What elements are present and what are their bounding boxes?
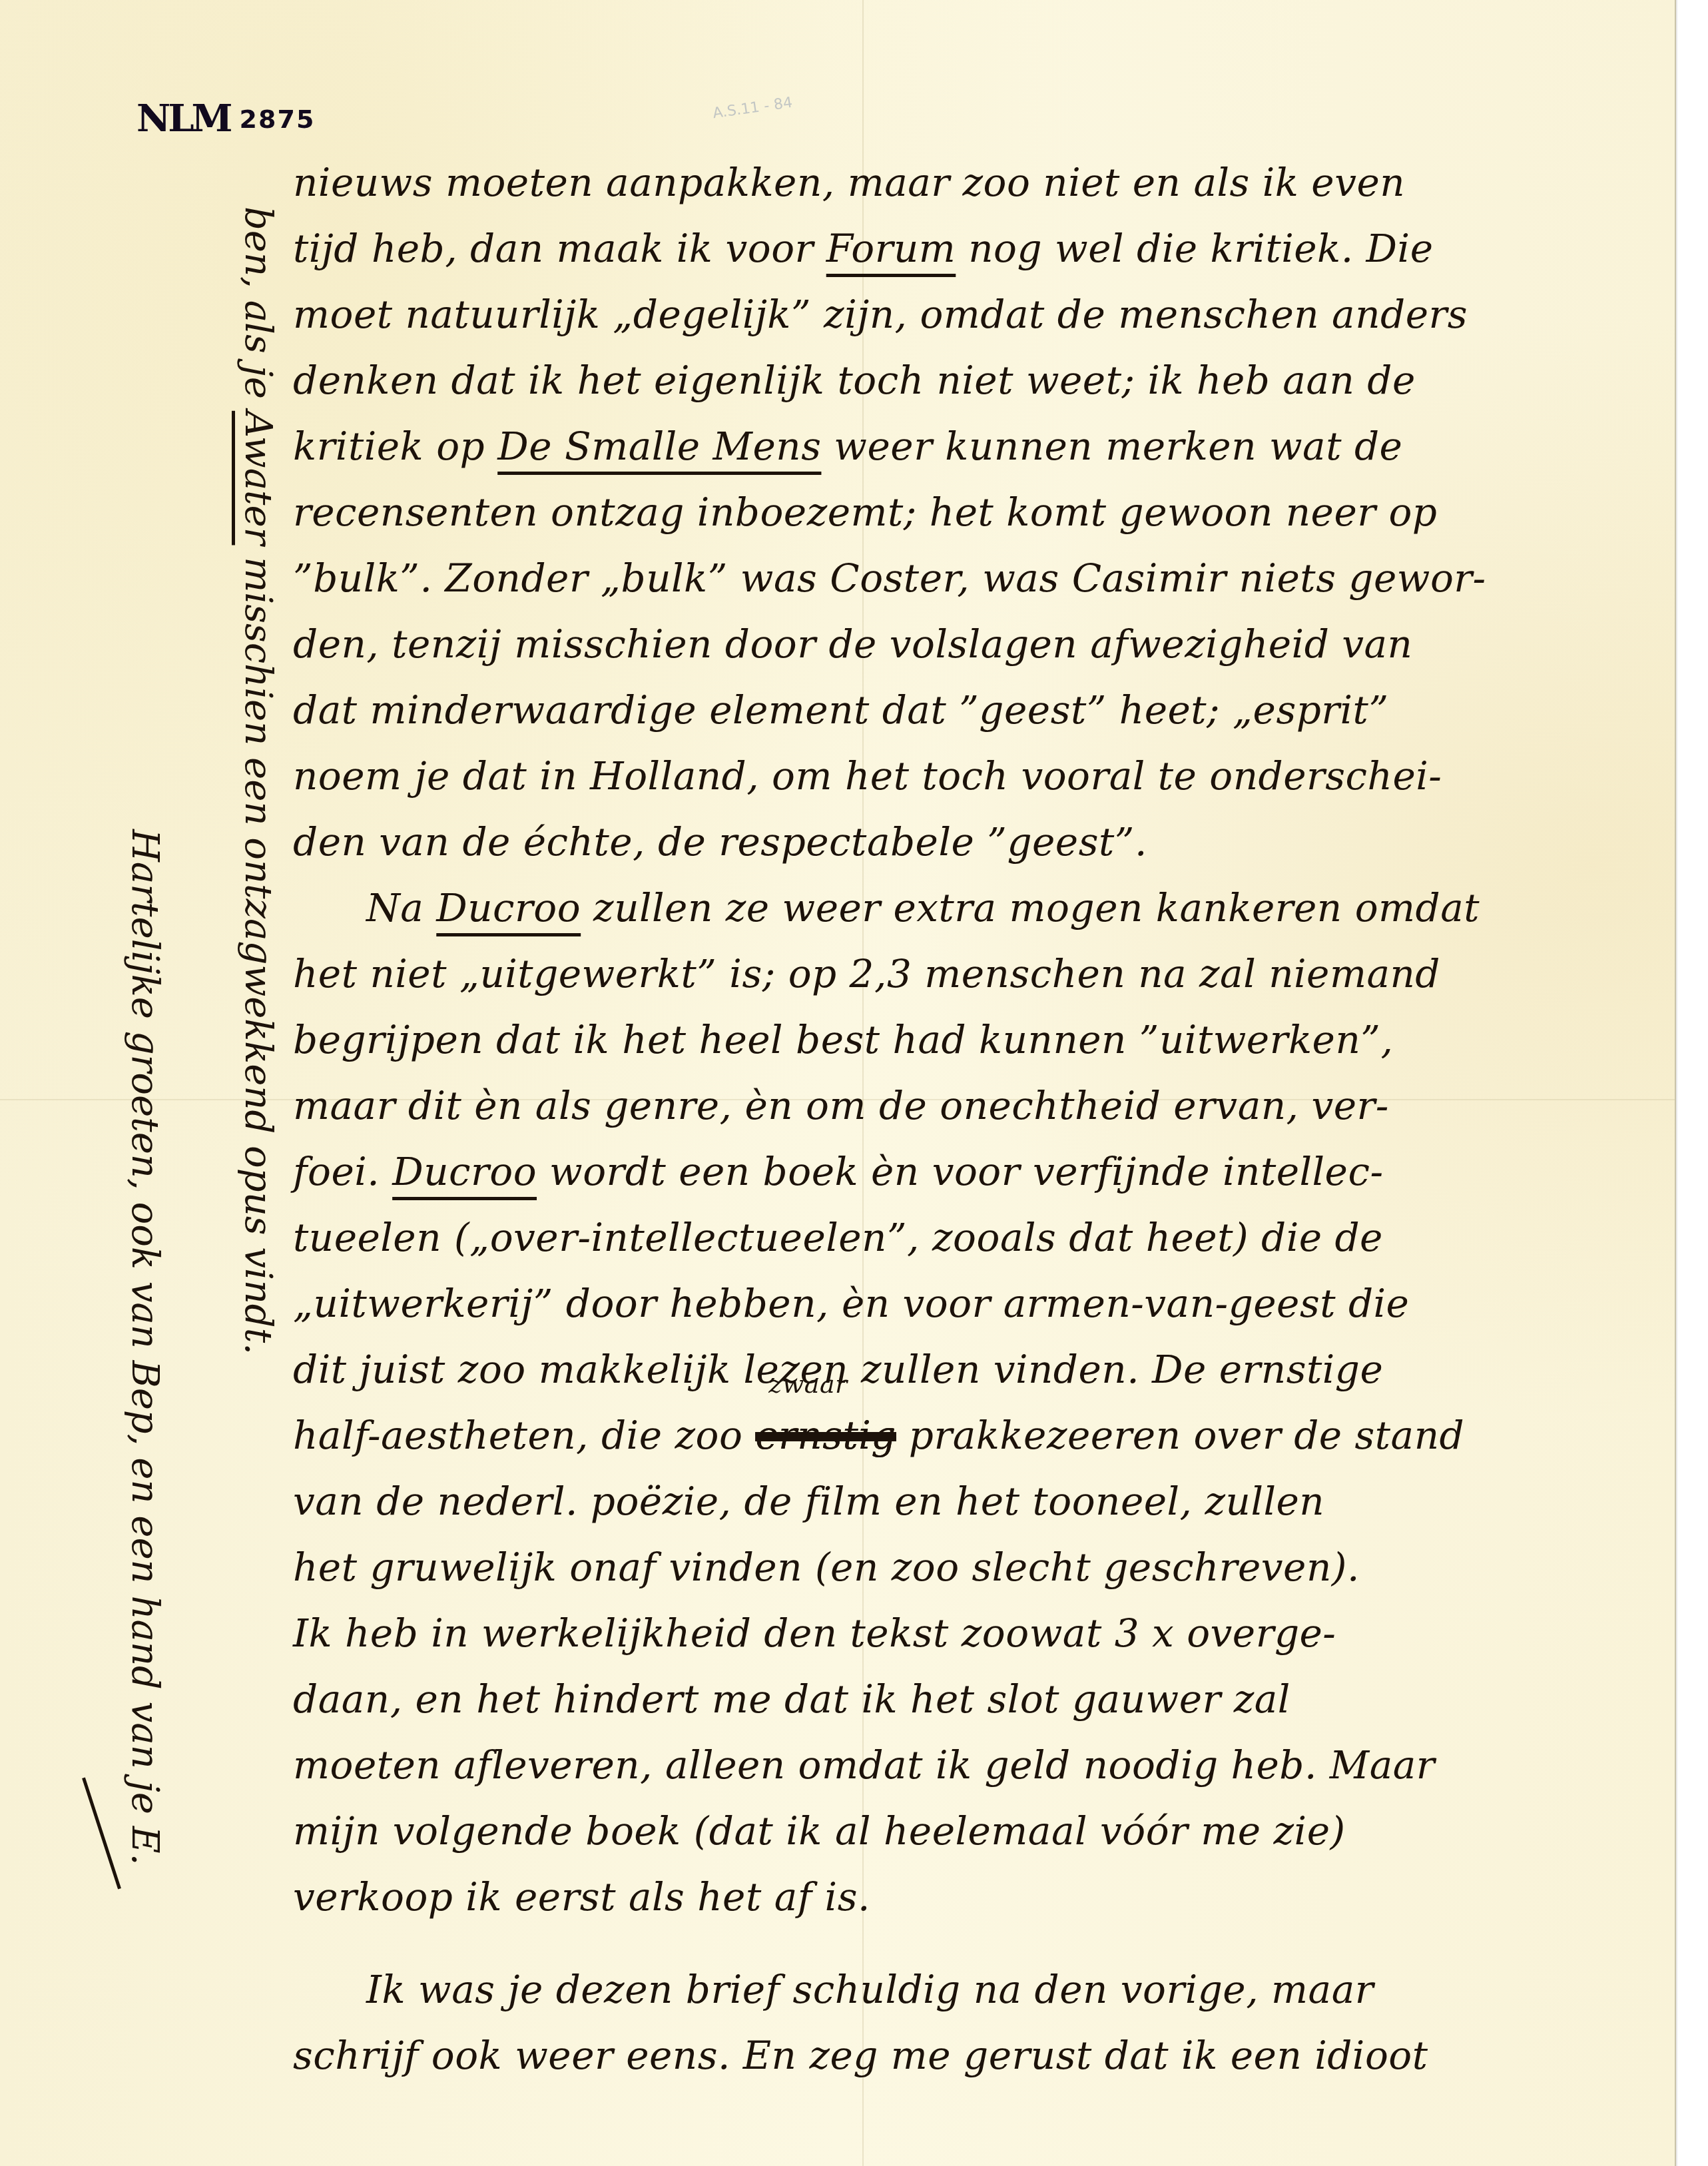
inserted-word: zwaar xyxy=(768,1371,848,1397)
letter-line: kritiek op De Smalle Mens weer kunnen me… xyxy=(293,414,1651,480)
text-segment: wordt een boek èn voor verfijnde intelle… xyxy=(537,1149,1383,1194)
text-segment: den van de échte, de respectabele ”geest… xyxy=(293,819,1147,865)
text-segment: Na xyxy=(366,885,436,930)
letter-line: recensenten ontzag inboezemt; het komt g… xyxy=(293,480,1651,545)
text-segment: daan, en het hindert me dat ik het slot … xyxy=(293,1676,1290,1722)
text-segment: noem je dat in Holland, om het toch voor… xyxy=(293,753,1442,799)
text-segment: tueelen („over-intellectueelen”, zooals … xyxy=(293,1215,1383,1260)
letter-line: verkoop ik eerst als het af is. xyxy=(293,1864,1651,1930)
letter-line: „uitwerkerij” door hebben, èn voor armen… xyxy=(293,1271,1651,1337)
text-segment: nieuws moeten aanpakken, maar zoo niet e… xyxy=(293,160,1405,205)
letter-line: maar dit èn als genre, èn om de onechthe… xyxy=(293,1073,1651,1139)
text-segment: prakkezeeren over de stand xyxy=(896,1413,1464,1458)
letter-line: dat minderwaardige element dat ”geest” h… xyxy=(293,677,1651,743)
text-segment: Hartelijke groeten, ook van Bep, en een … xyxy=(123,829,166,1865)
text-segment: mijn volgende boek (dat ik al heelemaal … xyxy=(293,1808,1346,1854)
text-segment: tijd heb, dan maak ik voor xyxy=(293,226,826,271)
text-segment: moeten afleveren, alleen omdat ik geld n… xyxy=(293,1742,1435,1788)
text-segment: foei. xyxy=(293,1149,392,1194)
letter-line: mijn volgende boek (dat ik al heelemaal … xyxy=(293,1798,1651,1864)
letter-line: schrijf ook weer eens. En zeg me gerust … xyxy=(293,2023,1651,2089)
letter-line: half-aestheten, die zoo ernstigzwaar pra… xyxy=(293,1403,1651,1469)
letter-line: Ik heb in werkelijkheid den tekst zoowat… xyxy=(293,1601,1651,1666)
letter-line: nieuws moeten aanpakken, maar zoo niet e… xyxy=(293,150,1651,216)
text-segment: denken dat ik het eigenlijk toch niet we… xyxy=(293,358,1416,403)
text-segment: dat minderwaardige element dat ”geest” h… xyxy=(293,687,1389,733)
underlined-title: De Smalle Mens xyxy=(497,424,821,469)
archive-number: 2875 xyxy=(240,107,316,137)
margin-note-continuation: ben, als je Awater misschien een ontzagw… xyxy=(236,206,280,1355)
letter-sheet: NLM 2875 A.S.11 - 84 nieuws moeten aanpa… xyxy=(0,0,1676,2166)
letter-line: het niet „uitgewerkt” is; op 2,3 mensche… xyxy=(293,941,1651,1007)
text-segment: Ik was je dezen brief schuldig na den vo… xyxy=(366,1967,1374,2012)
text-segment: half-aestheten, die zoo xyxy=(293,1413,755,1458)
text-segment: het gruwelijk onaf vinden (en zoo slecht… xyxy=(293,1545,1360,1590)
margin-note-closing: Hartelijke groeten, ook van Bep, en een … xyxy=(123,829,166,1865)
archive-stamp: NLM 2875 xyxy=(137,100,315,137)
text-segment: ben, als je xyxy=(236,206,280,411)
letter-line: Na Ducroo zullen ze weer extra mogen kan… xyxy=(293,875,1651,941)
text-segment: nog wel die kritiek. Die xyxy=(956,226,1433,271)
text-segment: den, tenzij misschien door de volslagen … xyxy=(293,621,1412,667)
letter-line: moeten afleveren, alleen omdat ik geld n… xyxy=(293,1732,1651,1798)
text-segment: recensenten ontzag inboezemt; het komt g… xyxy=(293,490,1437,535)
text-segment: schrijf ook weer eens. En zeg me gerust … xyxy=(293,2033,1428,2078)
struck-word: ernstig xyxy=(755,1413,896,1458)
text-segment: „uitwerkerij” door hebben, èn voor armen… xyxy=(293,1281,1409,1326)
text-segment: Ik heb in werkelijkheid den tekst zoowat… xyxy=(293,1611,1336,1656)
letter-line: den, tenzij misschien door de volslagen … xyxy=(293,611,1651,677)
pencil-annotation: A.S.11 - 84 xyxy=(712,95,794,123)
text-segment: misschien een ontzagwekkend opus vindt. xyxy=(236,545,280,1355)
text-segment: moet natuurlijk „degelijk” zijn, omdat d… xyxy=(293,292,1468,337)
text-segment: het niet „uitgewerkt” is; op 2,3 mensche… xyxy=(293,951,1440,996)
letter-line: den van de échte, de respectabele ”geest… xyxy=(293,809,1651,875)
letter-line: Ik was je dezen brief schuldig na den vo… xyxy=(293,1957,1651,2023)
letter-line: dit juist zoo makkelijk lezen zullen vin… xyxy=(293,1337,1651,1403)
letter-line: daan, en het hindert me dat ik het slot … xyxy=(293,1666,1651,1732)
letter-line: tijd heb, dan maak ik voor Forum nog wel… xyxy=(293,216,1651,282)
underlined-title: Awater xyxy=(236,411,280,545)
text-segment: kritiek op xyxy=(293,424,497,469)
text-segment: van de nederl. poëzie, de film en het to… xyxy=(293,1479,1324,1524)
archive-logo-icon: NLM xyxy=(137,100,230,137)
underlined-title: Forum xyxy=(826,226,956,271)
letter-body: nieuws moeten aanpakken, maar zoo niet e… xyxy=(293,150,1651,2089)
text-segment: verkoop ik eerst als het af is. xyxy=(293,1874,870,1920)
letter-line: foei. Ducroo wordt een boek èn voor verf… xyxy=(293,1139,1651,1205)
struck-correction: ernstigzwaar xyxy=(755,1403,896,1469)
letter-line: noem je dat in Holland, om het toch voor… xyxy=(293,743,1651,809)
text-segment: weer kunnen merken wat de xyxy=(821,424,1402,469)
text-segment: ”bulk”. Zonder „bulk” was Coster, was Ca… xyxy=(293,555,1486,601)
letter-line: ”bulk”. Zonder „bulk” was Coster, was Ca… xyxy=(293,545,1651,611)
letter-line: tueelen („over-intellectueelen”, zooals … xyxy=(293,1205,1651,1271)
letter-line: denken dat ik het eigenlijk toch niet we… xyxy=(293,348,1651,414)
text-segment: begrijpen dat ik het heel best had kunne… xyxy=(293,1017,1393,1062)
underlined-title: Ducroo xyxy=(392,1149,537,1194)
text-segment: zullen ze weer extra mogen kankeren omda… xyxy=(581,885,1480,930)
letter-line: begrijpen dat ik het heel best had kunne… xyxy=(293,1007,1651,1073)
text-segment: maar dit èn als genre, èn om de onechthe… xyxy=(293,1083,1389,1128)
underlined-title: Ducroo xyxy=(436,885,581,930)
letter-line: van de nederl. poëzie, de film en het to… xyxy=(293,1469,1651,1535)
letter-line: moet natuurlijk „degelijk” zijn, omdat d… xyxy=(293,282,1651,348)
closing-rule-line xyxy=(82,1778,121,1890)
letter-line: het gruwelijk onaf vinden (en zoo slecht… xyxy=(293,1535,1651,1601)
